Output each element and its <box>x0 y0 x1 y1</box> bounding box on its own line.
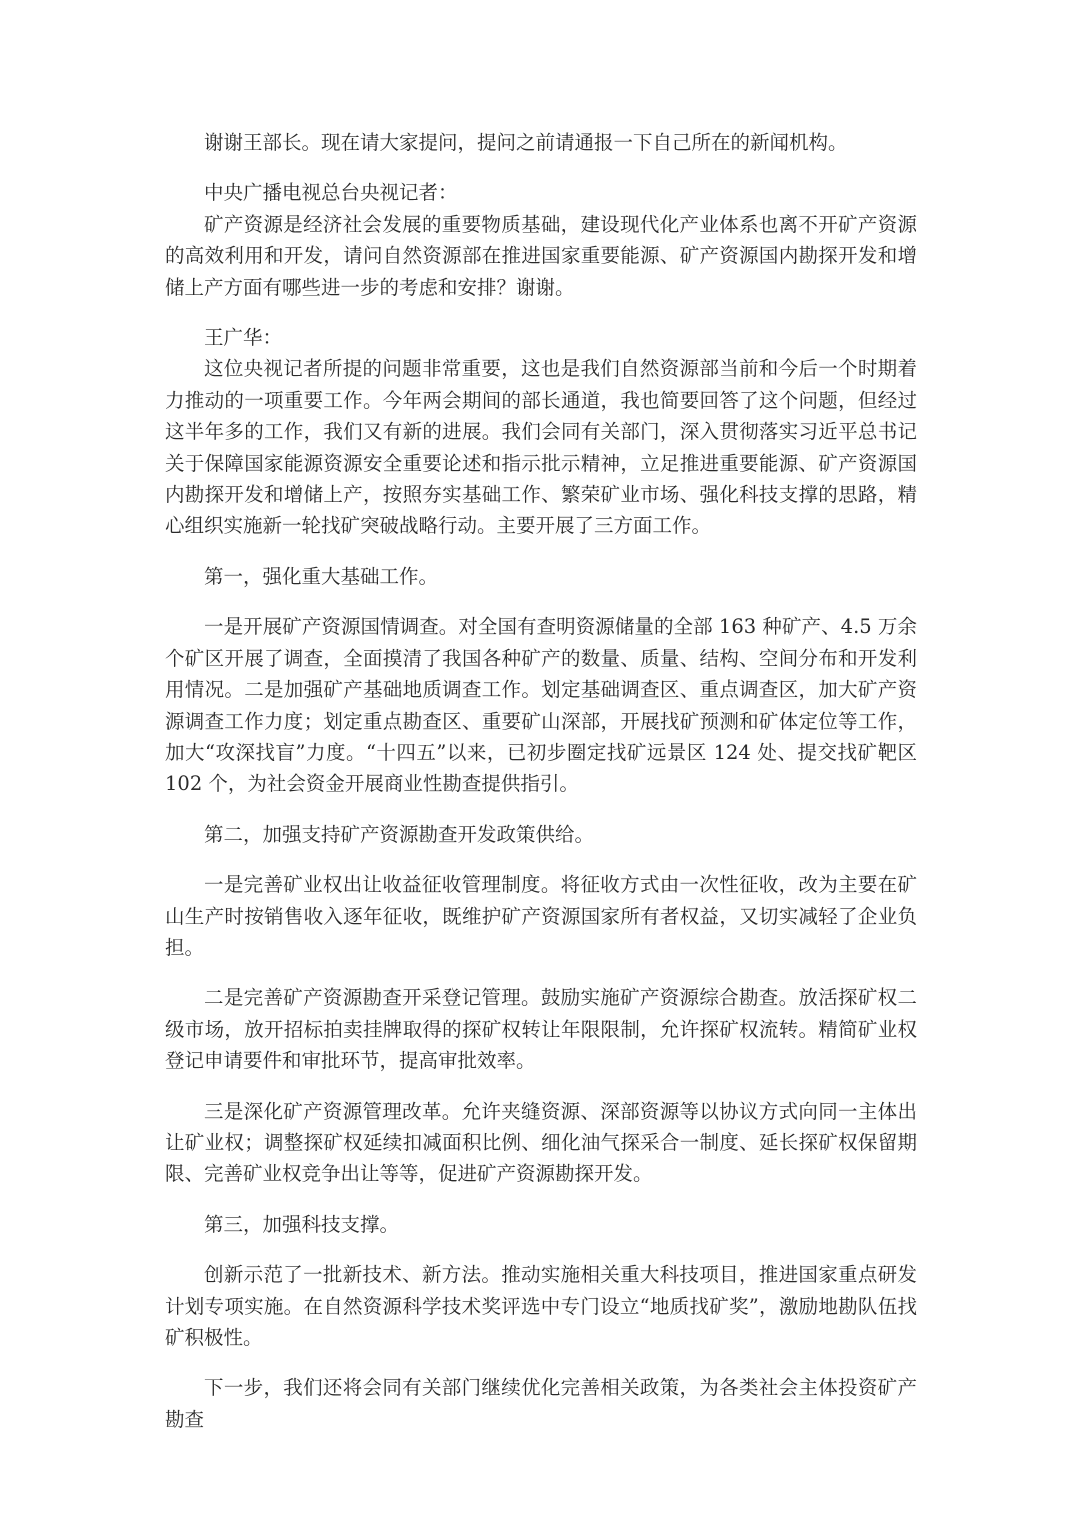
spacer <box>165 1077 917 1096</box>
next-steps: 下一步，我们还将会同有关部门继续优化完善相关政策，为各类社会主体投资矿产勘查 <box>165 1372 917 1435</box>
spacer <box>165 1190 917 1209</box>
spacer <box>165 1353 917 1372</box>
spacer <box>165 1240 917 1259</box>
speaker-label-wang: 王广华： <box>165 322 917 353</box>
section-heading-3: 第三，加强科技支撑。 <box>165 1209 917 1240</box>
cctv-question: 矿产资源是经济社会发展的重要物质基础，建设现代化产业体系也离不开矿产资源的高效利… <box>165 209 917 303</box>
moderator-remark: 谢谢王部长。现在请大家提问，提问之前请通报一下自己所在的新闻机构。 <box>165 127 917 158</box>
section-2-item-2: 二是完善矿产资源勘查开采登记管理。鼓励实施矿产资源综合勘查。放活探矿权二级市场，… <box>165 982 917 1076</box>
section-heading-1: 第一，强化重大基础工作。 <box>165 561 917 592</box>
spacer <box>165 158 917 177</box>
spacer <box>165 303 917 322</box>
section-2-item-1: 一是完善矿业权出让收益征收管理制度。将征收方式由一次性征收，改为主要在矿山生产时… <box>165 869 917 963</box>
spacer <box>165 850 917 869</box>
section-3-body: 创新示范了一批新技术、新方法。推动实施相关重大科技项目，推进国家重点研发计划专项… <box>165 1259 917 1353</box>
wang-answer-intro: 这位央视记者所提的问题非常重要，这也是我们自然资源部当前和今后一个时期着力推动的… <box>165 353 917 541</box>
section-heading-2: 第二，加强支持矿产资源勘查开发政策供给。 <box>165 819 917 850</box>
spacer <box>165 963 917 982</box>
spacer <box>165 542 917 561</box>
document-page: 谢谢王部长。现在请大家提问，提问之前请通报一下自己所在的新闻机构。 中央广播电视… <box>165 127 917 1435</box>
speaker-label-cctv: 中央广播电视总台央视记者： <box>165 177 917 208</box>
section-2-item-3: 三是深化矿产资源管理改革。允许夹缝资源、深部资源等以协议方式向同一主体出让矿业权… <box>165 1096 917 1190</box>
spacer <box>165 592 917 611</box>
section-1-body: 一是开展矿产资源国情调查。对全国有查明资源储量的全部 163 种矿产、4.5 万… <box>165 611 917 799</box>
spacer <box>165 800 917 819</box>
